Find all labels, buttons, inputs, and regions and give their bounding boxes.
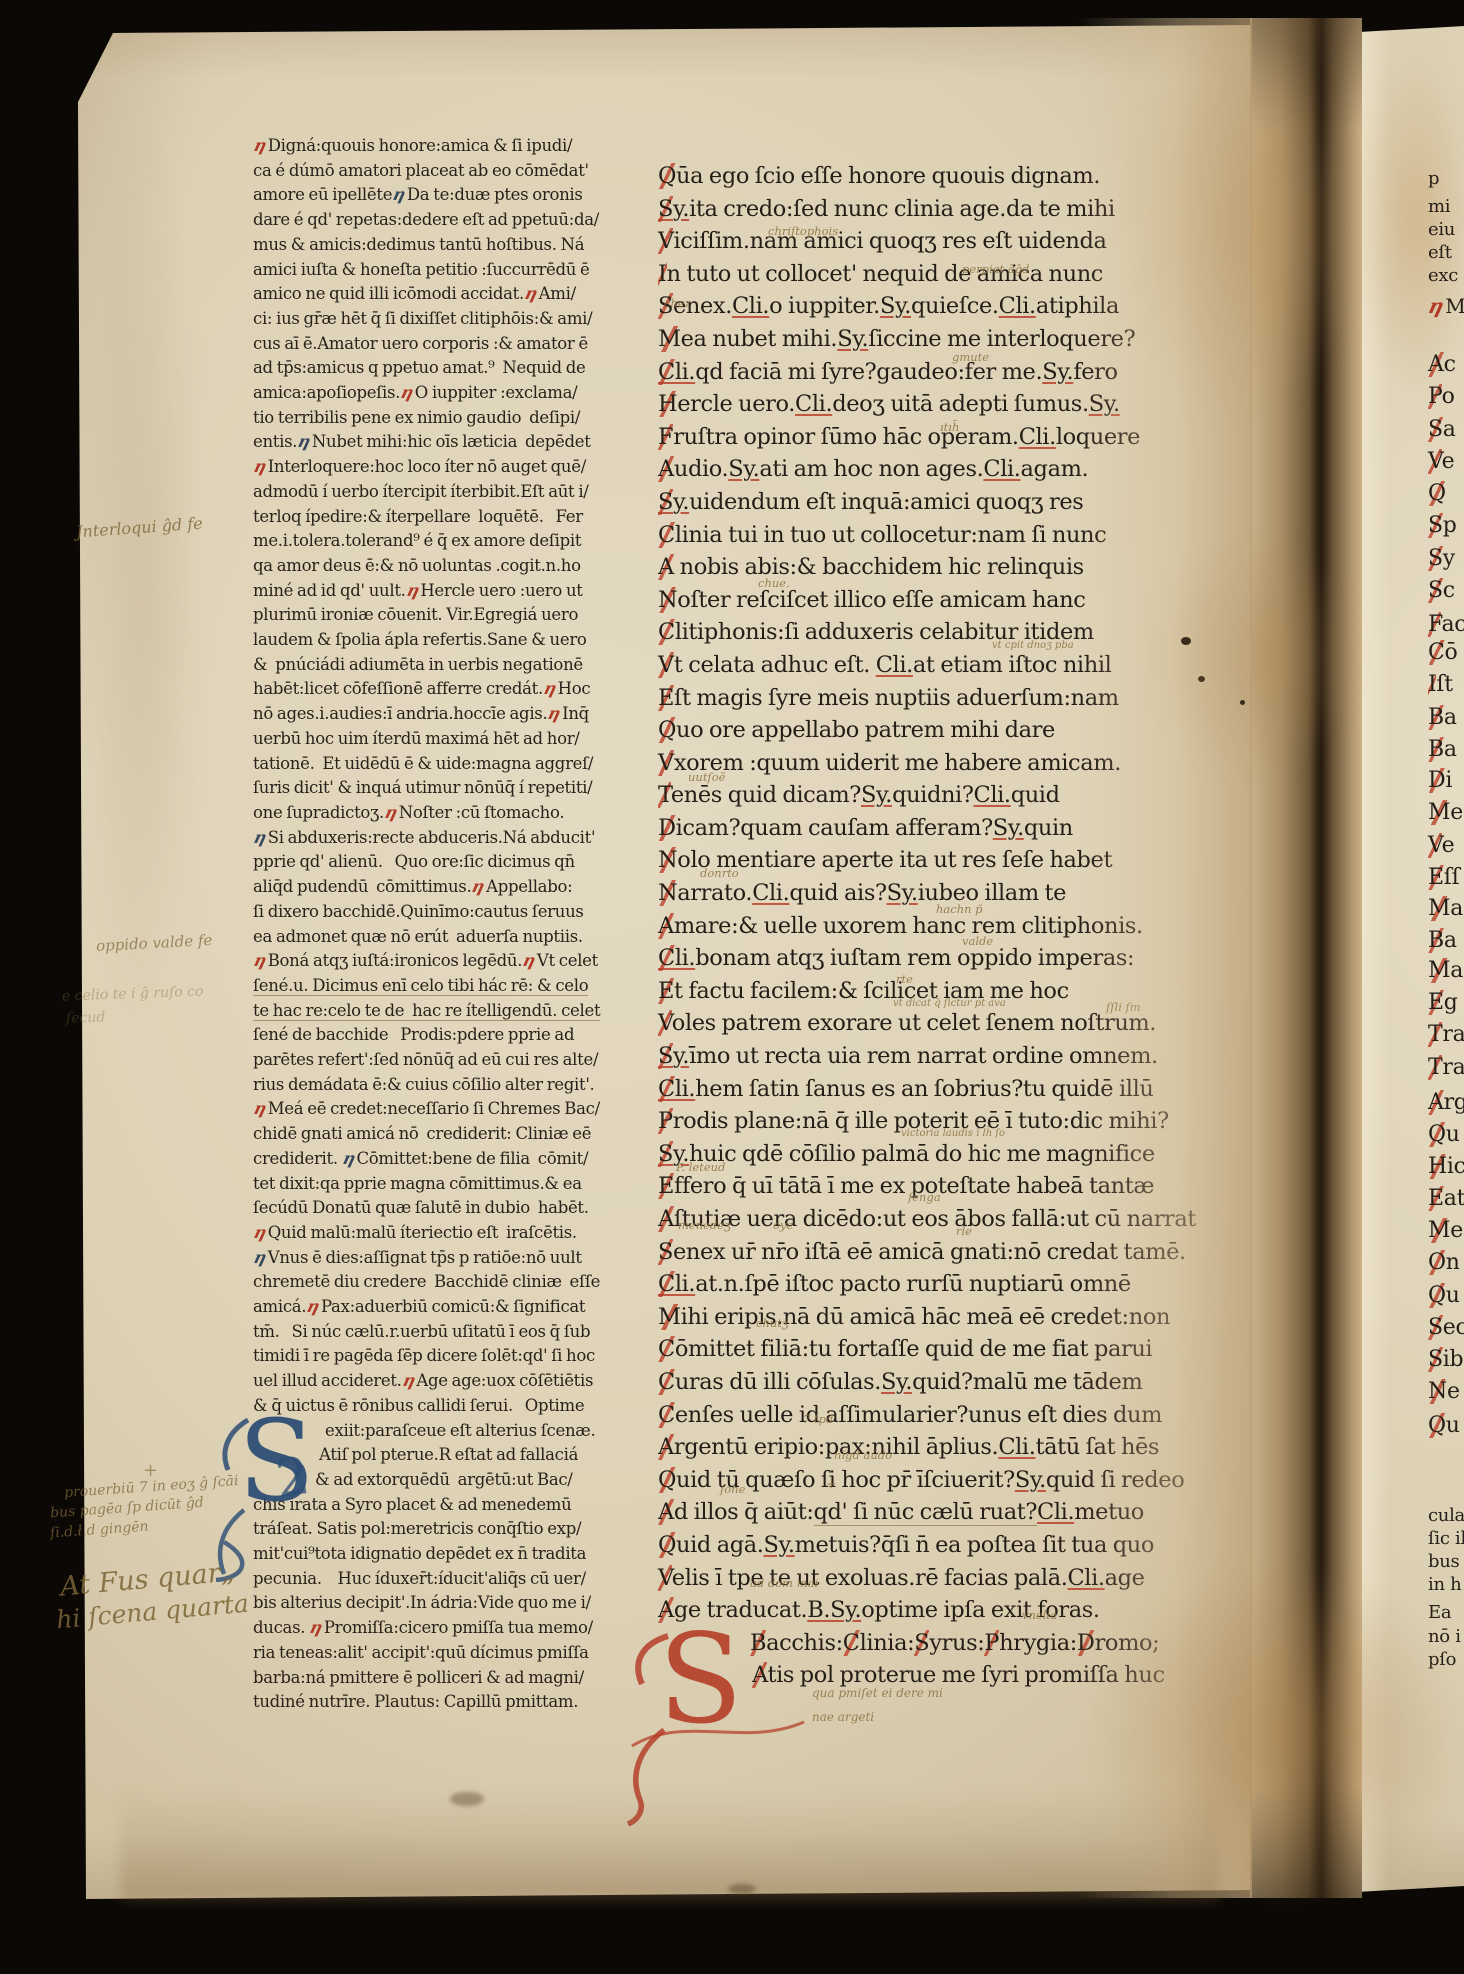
commentary-text-line: ca é dúmō amatori placeat ab eo cōmēdat' — [253, 159, 600, 184]
right-page-line-fragment: Tra — [1428, 1055, 1464, 1080]
play-text-line: Cli.hem ſatin ſanus es an ſobrius?tu qui… — [658, 1073, 1196, 1106]
play-text-line: Qūa ego ſcio eſſe honore quouis dignam. — [658, 160, 1196, 193]
red-initial-s: S — [624, 1596, 814, 1830]
play-text-line: Narrato.Cli.quid ais?Sy.iubeo illam te — [658, 877, 1196, 910]
red-paragraph-mark: η — [251, 1097, 269, 1122]
commentary-text-line: cus aī ē.Amator uero corporis :& amator … — [253, 332, 600, 357]
play-text-line: Tenēs quid dicam?Sy.quidni?Cli.quid — [658, 779, 1196, 812]
red-paragraph-mark: η — [382, 801, 400, 826]
red-paragraph-mark: η — [307, 1616, 325, 1641]
commentary-text-line: ηInterloquere:hoc loco íter nō auget quē… — [253, 455, 600, 480]
play-text-line: Effero q̄ uī tātā ī me ex poteſtate habe… — [658, 1170, 1196, 1203]
right-page-line-fragment: Qu — [1428, 1283, 1460, 1308]
right-page-line-fragment: ſic il — [1428, 1528, 1464, 1549]
right-page-line-fragment: Ve — [1428, 833, 1454, 858]
red-paragraph-mark: η — [520, 949, 538, 974]
play-text-line: Argentū eripio:pax:nihil āplius.Cli.tātū… — [658, 1431, 1196, 1464]
commentary-text-line: ria teneas:alit' accipit':quū dícimus pm… — [253, 1641, 600, 1666]
commentary-text-line: tudiné nutrīre. Plautus: Capillū pmittam… — [253, 1690, 600, 1715]
commentary-text-line: uel illud accideret.ηAge age:uox cōſētiē… — [253, 1369, 600, 1394]
commentary-text-line: ſené.u. Dicimus enī celo tibi hác rē: & … — [253, 974, 600, 999]
play-text-line: Quo ore appellabo patrem mihi dare — [658, 714, 1196, 747]
commentary-text-line: qa amor deus ē:& nō uoluntas .cogit.n.ho — [253, 554, 600, 579]
commentary-text-line: nō ages.i.audies:ī andria.hoccīe agis.ηI… — [253, 702, 600, 727]
play-text-line: Velis ī tpe te ut exoluas.rē facias palā… — [658, 1562, 1196, 1595]
right-page-line-fragment: Tra — [1428, 1022, 1464, 1047]
play-text-line: Nolo mentiare aperte ita ut res ſeſe hab… — [658, 844, 1196, 877]
commentary-text-line: plurimū ironiæ cōuenit. Vir.Egregiá uero — [253, 603, 600, 628]
commentary-text-line: ci: ius gr̄æ hēt q̄ ſi dixiſſet clitiphō… — [253, 307, 600, 332]
book-photograph: ηDigná:quouis honore:amica & ſi ipudi/ca… — [0, 0, 1464, 1974]
play-text-line: Amare:& uelle uxorem hanc rem clitiphoni… — [658, 910, 1196, 943]
right-page-line-fragment: Ve — [1428, 449, 1454, 474]
right-page-text-fragments: pmieiueſtexcηMAcPoSaVeQSpSyScFacCōIſtBaB… — [1428, 0, 1464, 1974]
play-text-line: Cli.bonam atqʒ iuſtam rem oppido imperas… — [658, 942, 1196, 975]
play-text-line: Viciſſim.nam amici quoqʒ res eſt uidenda — [658, 225, 1196, 258]
commentary-text-line: aliq̄d pudendū cōmittimus.ηAppellabo: — [253, 875, 600, 900]
right-page-line-fragment: Qu — [1428, 1122, 1460, 1147]
commentary-text-line: ηQuid malū:malū íteriectio eſt iraſcētis… — [253, 1221, 600, 1246]
play-text-line: Cli.at.n.ſpē iſtoc pacto rurſū nuptiarū … — [658, 1268, 1196, 1301]
right-page-line-fragment: Di — [1428, 768, 1452, 793]
commentary-text-line: tm̄. Si núc cælū.r.uerbū uſitatū ī eos q… — [253, 1320, 600, 1345]
blue-paragraph-mark: η — [251, 1246, 269, 1271]
commentary-text-line: dare é qd' repetas:dedere eſt ad ppetuū:… — [253, 208, 600, 233]
play-text-line: Fruſtra opinor ſūmo hāc operam.Cli.loque… — [658, 421, 1196, 454]
right-page-line-fragment: Ba — [1428, 928, 1457, 953]
play-text-line: Mihi eripis.nā dū amicā hāc meā eē crede… — [658, 1301, 1196, 1334]
commentary-text-line: me.i.tolera.tolerand⁹ é q̄ ex amore deſi… — [253, 529, 600, 554]
commentary-text-line: amici iuſta & honeſta petitio :ſuccurrēd… — [253, 258, 600, 283]
commentary-text-line: admodū í uerbo ítercipit íterbibit.Eſt a… — [253, 480, 600, 505]
right-page-line-fragment: Sc — [1428, 578, 1455, 603]
commentary-text-line: barba:ná pmittere ē polliceri & ad magni… — [253, 1666, 600, 1691]
play-text-line: Clinia tui in tuo ut collocetur:nam ſi n… — [658, 519, 1196, 552]
commentary-text-line: ηBoná atqʒ iuſtá:ironicos legēdū.ηVt cel… — [253, 949, 600, 974]
commentary-text-line: amico ne quid illi icōmodi accidat.ηAmi/ — [253, 282, 600, 307]
commentary-text-line: parētes refert':ſed nōnūq̄ ad eū cui res… — [253, 1048, 600, 1073]
right-page-line-fragment: pſo — [1428, 1649, 1456, 1670]
red-paragraph-mark: η — [469, 875, 487, 900]
commentary-text-line: amica:apoſiopeſis.ηO iuppiter :exclama/ — [253, 381, 600, 406]
red-paragraph-mark: η — [545, 702, 563, 727]
commentary-text-line: tationē. Et uidēdū ē & uide:magna aggreſ… — [253, 752, 600, 777]
play-text-line: Quid tū quæſo ſi hoc pr̄ īſciuerit?Sy.qu… — [658, 1464, 1196, 1497]
commentary-text-line: entis.ηNubet mihi:hic oīs læticia depēde… — [253, 430, 600, 455]
play-text-line: A nobis abis:& bacchidem hic relinquis — [658, 551, 1196, 584]
red-paragraph-mark: η — [251, 134, 269, 159]
red-paragraph-mark: η — [304, 1295, 322, 1320]
right-page-line-fragment: Hic — [1428, 1154, 1464, 1179]
play-text-line: In tuto ut collocet' nequid de amica nun… — [658, 258, 1196, 291]
right-page-line-fragment: On — [1428, 1250, 1460, 1275]
commentary-text-line: amicá.ηPax:aduerbiū comicū:& ſignificat — [253, 1295, 600, 1320]
right-page-line-fragment: Sec — [1428, 1315, 1464, 1340]
right-page-line-fragment: exc — [1428, 265, 1458, 286]
right-page-line-fragment: ηM — [1428, 294, 1464, 318]
right-page-line-fragment: Ea — [1428, 1602, 1451, 1623]
play-text-line: Atis pol proterue me ſyri promiſſa huc — [752, 1659, 1196, 1692]
play-text-line: Voles patrem exorare ut celet ſenem noſt… — [658, 1007, 1196, 1040]
play-text-line: Cli.qd faciā mi ſyre?gaudeo:fer me.Sy.fe… — [658, 356, 1196, 389]
right-page-line-fragment: Sp — [1428, 513, 1457, 538]
red-paragraph-mark: η — [400, 1369, 418, 1394]
right-page-line-fragment: eiu — [1428, 219, 1455, 240]
play-text-line: Curas dū illi cōſulas.Sy.quid?malū me tā… — [658, 1366, 1196, 1399]
commentary-text-line: ſi dixero bacchidē.Quinīmo:cautus ſeruus — [253, 900, 600, 925]
right-page-line-fragment: Sy — [1428, 546, 1455, 571]
right-page-line-fragment: in h — [1428, 1574, 1461, 1595]
play-text-line: Mea nubet mihi.Sy.ſiccine me interloquer… — [658, 323, 1196, 356]
right-page-line-fragment: bus — [1428, 1551, 1459, 1572]
right-page-line-fragment: eſt — [1428, 242, 1452, 263]
red-paragraph-mark: η — [522, 282, 540, 307]
red-paragraph-mark: η — [251, 1221, 269, 1246]
play-text-line: Vt celata adhuc eſt. Cli.at etiam iſtoc … — [658, 649, 1196, 682]
right-page-line-fragment: cula — [1428, 1505, 1464, 1526]
play-text-line: Cenſes uelle id aſſimularier?unus eſt di… — [658, 1399, 1196, 1432]
red-paragraph-mark: η — [1426, 294, 1446, 318]
play-text-line: Sy.uidendum eſt inquā:amici quoqʒ res — [658, 486, 1196, 519]
commentary-text-line: chremetē diu credere Bacchidē cliniæ eſſ… — [253, 1270, 600, 1295]
right-page-line-fragment: Me — [1428, 1218, 1463, 1243]
commentary-text-line: terloq ípedire:& íterpellare loquētē. Fe… — [253, 505, 600, 530]
commentary-text-line: ſené de bacchide Prodis:pdere pprie ad — [253, 1023, 600, 1048]
commentary-text-line: amore eū ipellēteηDa te:duæ ptes oronis — [253, 183, 600, 208]
blue-paragraph-mark: η — [340, 1147, 358, 1172]
right-page-line-fragment: Po — [1428, 384, 1455, 409]
play-text-column: Qūa ego ſcio eſſe honore quouis dignam.S… — [658, 160, 1196, 1692]
red-initial-letter: S — [658, 1608, 743, 1752]
play-text-line: Et factu facilem:& ſcilicet iam me hoc — [658, 975, 1196, 1008]
blue-paragraph-mark: η — [390, 183, 408, 208]
red-paragraph-mark: η — [541, 677, 559, 702]
right-page-line-fragment: Cō — [1428, 640, 1458, 665]
right-page-line-fragment: Fac — [1428, 612, 1464, 637]
blue-initial-s: S 2 — [214, 1392, 384, 1586]
play-text-line: Sy.ita credo:ſed nunc clinia age.da te m… — [658, 193, 1196, 226]
commentary-text-line: laudem & ſpolia ápla refertis.Sane & uer… — [253, 628, 600, 653]
play-text-line: Aſtutiæ uera dicēdo:ut eos ābos fallā:ut… — [658, 1203, 1196, 1236]
commentary-text-line: te hac re:celo te de hac re ítelligendū.… — [253, 999, 600, 1024]
play-text-line: Dicam?quam cauſam afferam?Sy.quin — [658, 812, 1196, 845]
commentary-text-line: rius demádata ē:& cuius cōſilio alter re… — [253, 1073, 600, 1098]
commentary-text-line: ηVnus ē dies:aſſignat tp̄s p ratiōe:nō u… — [253, 1246, 600, 1271]
commentary-text-line: tet dixit:qa pprie magna cōmittimus.& ea — [253, 1172, 600, 1197]
right-page-line-fragment: Arg — [1428, 1090, 1464, 1115]
play-text-line: Sy.huic qdē cōſilio palmā do hic me magn… — [658, 1138, 1196, 1171]
red-paragraph-mark: η — [404, 579, 422, 604]
commentary-text-line: ηDigná:quouis honore:amica & ſi ipudi/ — [253, 134, 600, 159]
commentary-text-line: ea admonet quæ nō erút aduerſa nuptiis. — [253, 925, 600, 950]
commentary-text-line: pprie qd' alienū. Quo ore:ſic dicimus qn… — [253, 850, 600, 875]
commentary-text-line: uerbū hoc uim íterdū maximá hēt ad hor/ — [253, 727, 600, 752]
red-paragraph-mark: η — [251, 949, 269, 974]
right-page-line-fragment: Qu — [1428, 1413, 1460, 1438]
right-page-line-fragment: Ba — [1428, 705, 1457, 730]
right-page-line-fragment: Ma — [1428, 896, 1463, 921]
right-page-line-fragment: Eat — [1428, 1186, 1464, 1211]
play-text-line: Sy.īmo ut recta uia rem narrat ordine om… — [658, 1040, 1196, 1073]
right-page-line-fragment: Ma — [1428, 958, 1463, 983]
play-text-line: Hercle uero.Cli.deoʒ uitā adepti ſumus.S… — [658, 388, 1196, 421]
right-page-line-fragment: Sib — [1428, 1347, 1463, 1372]
right-page-line-fragment: nō i — [1428, 1626, 1461, 1647]
commentary-text-line: miné ad id qd' uult.ηHercle uero :uero u… — [253, 579, 600, 604]
commentary-text-line: crediderit. ηCōmittet:bene de filia cōmi… — [253, 1147, 600, 1172]
play-text-line: Senex.Cli.o iuppiter.Sy.quieſce.Cli.atip… — [658, 290, 1196, 323]
blue-paragraph-mark: η — [295, 430, 313, 455]
right-page-line-fragment: Eg — [1428, 990, 1458, 1015]
commentary-text-line: one ſupradictoʒ.ηNoſter :cū ſtomacho. — [253, 801, 600, 826]
play-text-line: Bacchis:Clinia:Syrus:Phrygia:Dromo; — [750, 1627, 1196, 1660]
commentary-text-line: ſuris dicit' & inquá utimur nōnūq̄ í rep… — [253, 776, 600, 801]
commentary-text-line: habēt:licet cōfeſſionē afferre credát.ηH… — [253, 677, 600, 702]
red-paragraph-mark: η — [398, 381, 416, 406]
commentary-text-line: ſecúdū Donatū quæ ſalutē in dubio habēt. — [253, 1196, 600, 1221]
play-text-line: Noſter reſciſcet illico eſſe amicam hanc — [658, 584, 1196, 617]
play-text-line: Clitiphonis:ſi adduxeris celabitur itide… — [658, 616, 1196, 649]
play-text-line: Vxorem :quum uiderit me habere amicam. — [658, 747, 1196, 780]
play-text-line: Ad illos q̄ aiūt:qd' ſi nūc cælū ruat?Cl… — [658, 1496, 1196, 1529]
right-page-line-fragment: mi — [1428, 196, 1450, 217]
commentary-text-line: bis alterius decipit'.In ádria:Vide quo … — [253, 1591, 600, 1616]
right-page-line-fragment: Sa — [1428, 417, 1456, 442]
red-paragraph-mark: η — [251, 455, 269, 480]
commentary-text-line: ducas. ηPromiſſa:cicero pmiſſa tua memo/ — [253, 1616, 600, 1641]
commentary-text-line: mus & amicis:dedimus tantū hoſtibus. Ná — [253, 233, 600, 258]
binding-gutter — [1250, 18, 1362, 1898]
play-text-line: Eſt magis ſyre meis nuptiis aduerſum:nam — [658, 682, 1196, 715]
right-page-line-fragment: Q — [1428, 481, 1446, 506]
blue-paragraph-mark: η — [251, 826, 269, 851]
commentary-text-line: timidi ī re pagēda ſēp dicere ſolēt:qd' … — [253, 1344, 600, 1369]
right-page-line-fragment: Ba — [1428, 737, 1457, 762]
play-text-line: Quid agā.Sy.metuis?q̄ſi n̄ ea poſtea ſit… — [658, 1529, 1196, 1562]
play-text-line: Prodis plane:nā q̄ ille poterit eē ī tut… — [658, 1105, 1196, 1138]
right-page-line-fragment: Iſt — [1428, 672, 1453, 697]
right-page-line-fragment: p — [1428, 168, 1439, 189]
play-text-line: Audio.Sy.ati am hoc non ages.Cli.agam. — [658, 453, 1196, 486]
right-page-line-fragment: Ac — [1428, 352, 1456, 377]
right-page-line-fragment: Eſſ — [1428, 865, 1459, 890]
play-text-line: Cōmittet filiā:tu fortaſſe quid de me fi… — [658, 1333, 1196, 1366]
commentary-text-line: ηSi abduxeris:recte abduceris.Ná abducit… — [253, 826, 600, 851]
play-text-line: Senex ur̄ nr̄o iſtā eē amicā gnati:nō cr… — [658, 1236, 1196, 1269]
commentary-text-line: tio terribilis pene ex nimio gaudio deſi… — [253, 406, 600, 431]
commentary-text-line: ηMeá eē credet:neceſſario ſi Chremes Bac… — [253, 1097, 600, 1122]
commentary-text-line: chidē gnati amicá nō crediderit: Cliniæ … — [253, 1122, 600, 1147]
right-page-line-fragment: Me — [1428, 800, 1463, 825]
right-page-line-fragment: Ne — [1428, 1379, 1460, 1404]
commentary-text-line: & pnúciádi adiumēta in uerbis negationē — [253, 653, 600, 678]
commentary-text-line: ad tp̄s:amicus q ppetuo amat.⁹ Nequid de — [253, 356, 600, 381]
